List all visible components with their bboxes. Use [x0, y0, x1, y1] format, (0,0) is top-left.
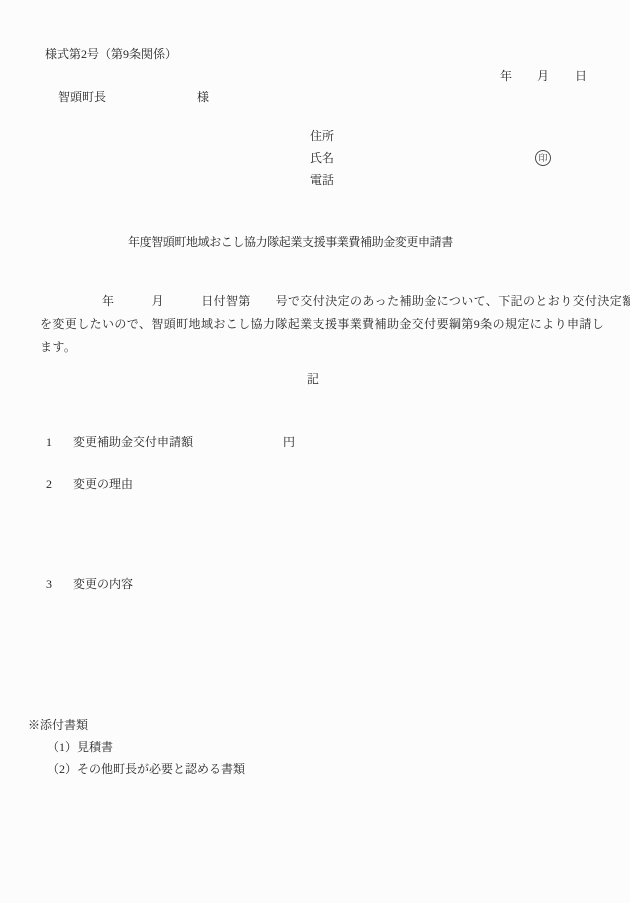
addressee-name: 智頭町長	[58, 90, 106, 104]
record-marker: 記	[307, 372, 319, 386]
document-title: 年度智頭町地域おこし協力隊起業支援事業費補助金変更申請書	[128, 235, 453, 249]
address-label: 住所	[310, 129, 334, 143]
body-line: ます。	[40, 340, 76, 354]
attachment-item: （2）その他町長が必要と認める書類	[47, 762, 245, 776]
seal-icon: 印	[535, 150, 551, 166]
attachment-item: （1）見積書	[47, 740, 113, 754]
body-line: 年 月 日付智第 号で交付決定のあった補助金について、下記のとおり交付決定額	[40, 294, 630, 308]
attachments-heading: ※添付書類	[28, 718, 88, 732]
form-number: 様式第2号（第9条関係）	[45, 47, 177, 61]
addressee-honorific: 様	[197, 90, 209, 104]
item-number: 1	[46, 435, 52, 449]
item-label: 変更の理由	[73, 477, 133, 491]
seal-char: 印	[538, 154, 547, 163]
document-page: 様式第2号（第9条関係） 年 月 日 智頭町長 様 住所 氏名 電話 印 年度智…	[0, 0, 630, 903]
phone-label: 電話	[310, 173, 334, 187]
item-unit: 円	[283, 435, 295, 449]
item-label: 変更補助金交付申請額	[73, 435, 193, 449]
item-label: 変更の内容	[73, 577, 133, 591]
body-line: を変更したいので、智頭町地域おこし協力隊起業支援事業費補助金交付要綱第9条の規定…	[40, 317, 604, 331]
date-month-label: 月	[537, 69, 549, 83]
item-number: 3	[46, 577, 52, 591]
date-year-label: 年	[500, 69, 512, 83]
date-day-label: 日	[575, 69, 587, 83]
name-label: 氏名	[310, 151, 334, 165]
item-number: 2	[46, 477, 52, 491]
